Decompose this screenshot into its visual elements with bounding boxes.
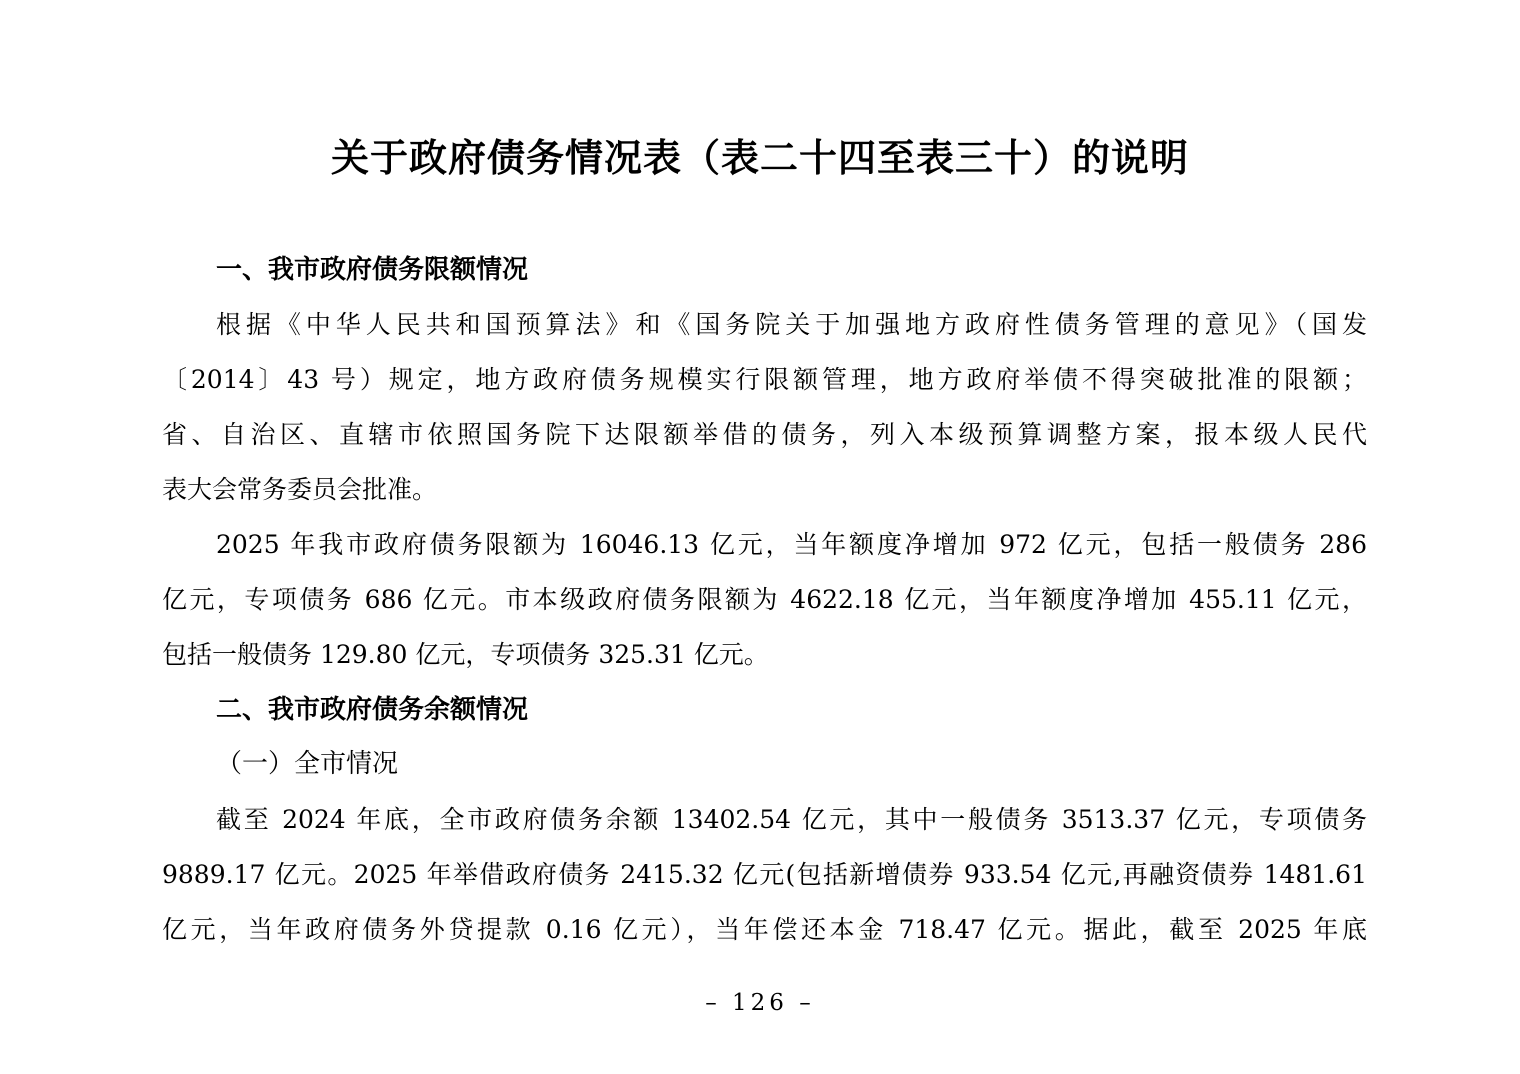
para-3-line-1: 截至 2024 年底，全市政府债务余额 13402.54 亿元，其中一般债务 3… <box>162 792 1367 847</box>
document-title: 关于政府债务情况表（表二十四至表三十）的说明 <box>0 128 1520 188</box>
page-number: – 126 – <box>0 986 1520 1020</box>
para-3-line-3: 亿元，当年政府债务外贷提款 0.16 亿元），当年偿还本金 718.47 亿元。… <box>162 902 1367 957</box>
section-1-heading: 一、我市政府债务限额情况 <box>162 242 1367 297</box>
para-2-line-3: 包括一般债务 129.80 亿元，专项债务 325.31 亿元。 <box>162 627 1367 682</box>
para-1-line-1: 根据《中华人民共和国预算法》和《国务院关于加强地方政府性债务管理的意见》（国发 <box>162 297 1367 352</box>
para-2-line-1: 2025 年我市政府债务限额为 16046.13 亿元，当年额度净增加 972 … <box>162 517 1367 572</box>
section-2-subheading: （一）全市情况 <box>162 737 1367 792</box>
para-2-line-2: 亿元，专项债务 686 亿元。市本级政府债务限额为 4622.18 亿元，当年额… <box>162 572 1367 627</box>
document-body: 一、我市政府债务限额情况 根据《中华人民共和国预算法》和《国务院关于加强地方政府… <box>162 242 1367 957</box>
para-1-line-4: 表大会常务委员会批准。 <box>162 462 1367 517</box>
para-1-line-3: 省、自治区、直辖市依照国务院下达限额举借的债务，列入本级预算调整方案，报本级人民… <box>162 407 1367 462</box>
para-1-line-2: 〔2014〕43 号）规定，地方政府债务规模实行限额管理，地方政府举债不得突破批… <box>162 352 1367 407</box>
para-3-line-2: 9889.17 亿元。2025 年举借政府债务 2415.32 亿元(包括新增债… <box>162 847 1367 902</box>
document-page: 关于政府债务情况表（表二十四至表三十）的说明 一、我市政府债务限额情况 根据《中… <box>0 0 1520 1074</box>
section-2-heading: 二、我市政府债务余额情况 <box>162 682 1367 737</box>
